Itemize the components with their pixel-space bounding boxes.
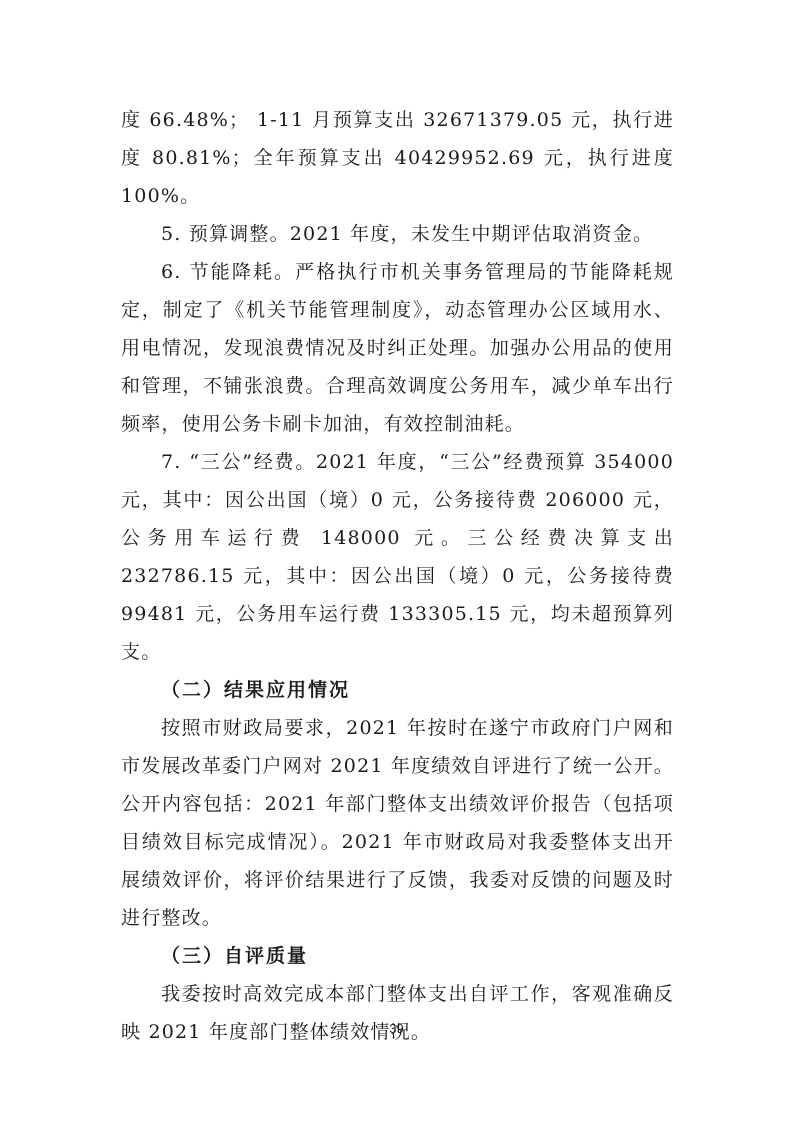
paragraph-result-application: 按照市财政局要求，2021 年按时在遂宁市政府门户网和市发展改革委门户网对 20… — [121, 709, 674, 937]
section-heading-result-application: （二）结果应用情况 — [121, 671, 674, 709]
paragraph-budget-execution: 度 66.48%； 1-11 月预算支出 32671379.05 元，执行进度 … — [121, 101, 674, 215]
document-page: 度 66.48%； 1-11 月预算支出 32671379.05 元，执行进度 … — [0, 0, 793, 1122]
paragraph-budget-adjustment: 5. 预算调整。2021 年度，未发生中期评估取消资金。 — [121, 215, 674, 253]
paragraph-energy-saving: 6. 节能降耗。严格执行市机关事务管理局的节能降耗规定，制定了《机关节能管理制度… — [121, 253, 674, 443]
page-number: 39 — [0, 1021, 793, 1036]
paragraph-self-evaluation-quality: 我委按时高效完成本部门整体支出自评工作，客观准确反映 2021 年度部门整体绩效… — [121, 975, 674, 1051]
paragraph-three-public-expenses: 7. “三公”经费。2021 年度，“三公”经费预算 354000 元，其中：因… — [121, 443, 674, 671]
page-content: 度 66.48%； 1-11 月预算支出 32671379.05 元，执行进度 … — [121, 101, 674, 1051]
section-heading-self-evaluation-quality: （三）自评质量 — [121, 937, 674, 975]
